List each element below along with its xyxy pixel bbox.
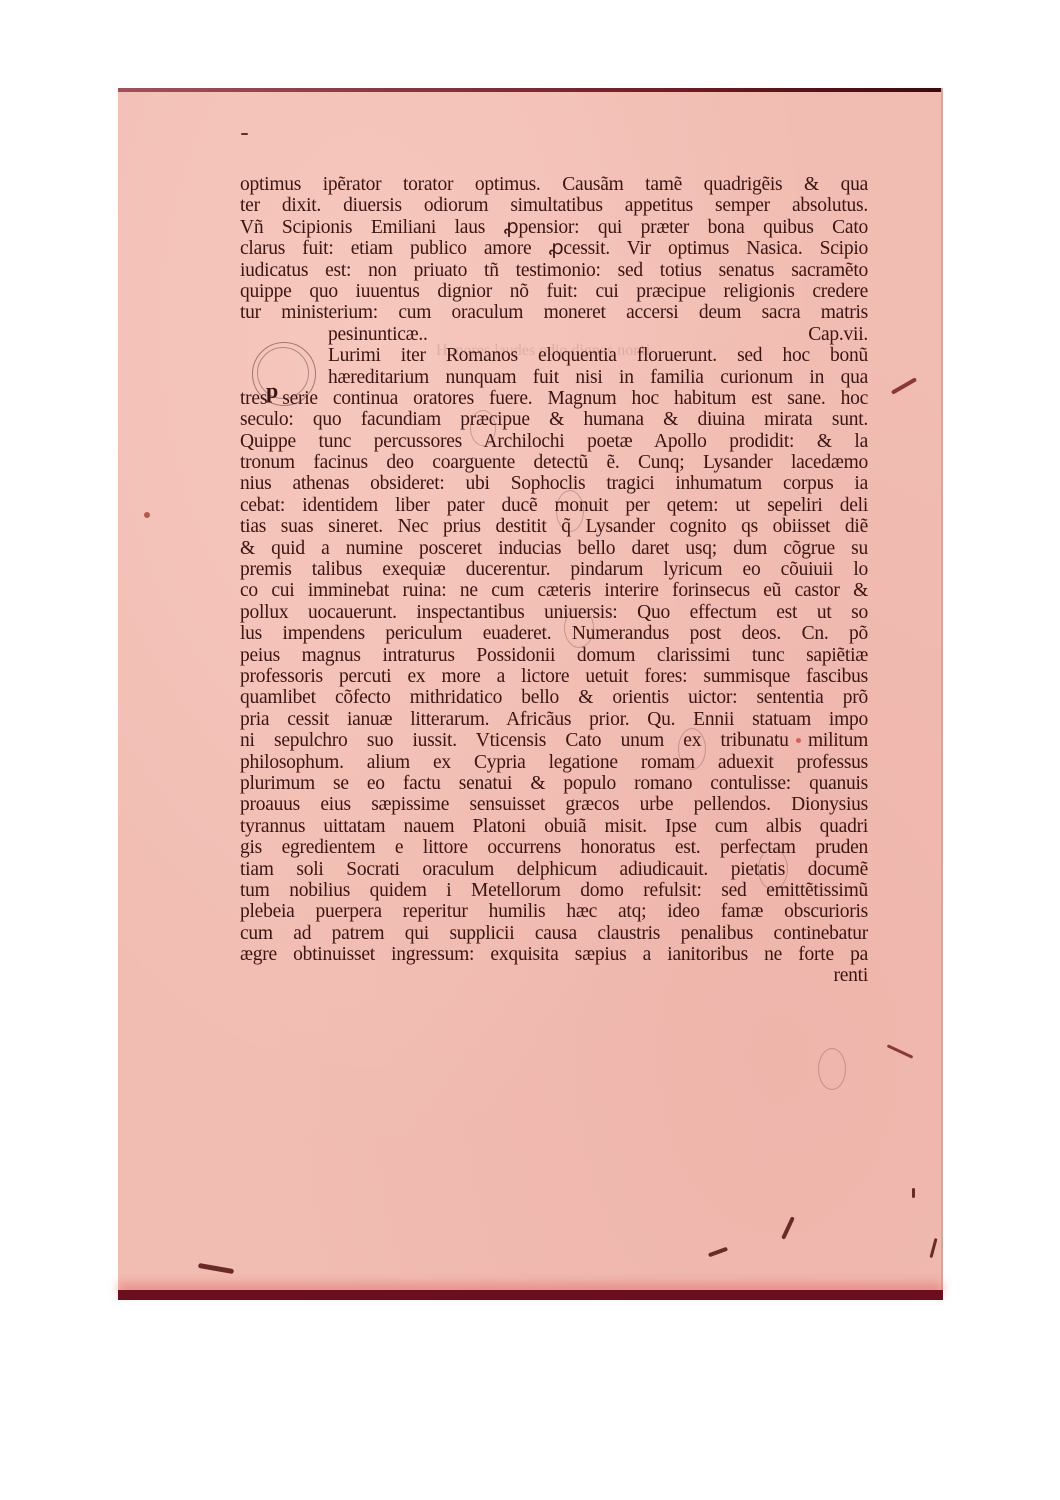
ink-stain (891, 377, 917, 394)
page-right-edge (941, 88, 943, 1300)
text-line: seculo: quo facundiam præcipue & humana … (240, 409, 868, 430)
chapter-heading-line: pesinunticæ.. Cap.vii. (240, 324, 868, 345)
text-line: Vñ Scipionis Emiliani laus ꝓpensior: qui… (240, 217, 868, 238)
text-line: ægre obtinuisset ingressum: exquisita sæ… (240, 944, 868, 965)
ink-stain (887, 1044, 914, 1059)
stamp-trail-icon (818, 1048, 846, 1090)
text-line: ni sepulchro suo iussit. Vticensis Cato … (240, 730, 868, 751)
text-line: pollux uocauerunt. inspectantibus uniuer… (240, 602, 868, 623)
text-line: clarus fuit: etiam publico amore ꝓcessit… (240, 238, 868, 259)
worm-mark (912, 1188, 915, 1198)
text-line: proauus eius sæpissime sensuisset græcos… (240, 794, 868, 815)
text-line: Lurimi iter Romanos eloquentia floruerun… (240, 345, 868, 366)
text-line: peius magnus intraturus Possidonii domum… (240, 645, 868, 666)
text-line: cebat: identidem liber pater ducẽ monuit… (240, 495, 868, 516)
text-line: tias suas sineret. Nec prius destitit q̃… (240, 516, 868, 537)
text-line: tronum facinus deo coarguente detectũ ẽ.… (240, 452, 868, 473)
page-bottom-edge (118, 1290, 943, 1300)
worm-mark (781, 1216, 795, 1239)
text-line: professoris percuti ex more a lictore ue… (240, 666, 868, 687)
catchword: renti (240, 965, 868, 986)
text-line: & quid a numine posceret inducias bello … (240, 538, 868, 559)
text-line: premis talibus exequiæ ducerentur. pinda… (240, 559, 868, 580)
text-line: Quippe tunc percussores Archilochi poetæ… (240, 431, 868, 452)
text-line: iudicatus est: non priuato tñ testimonio… (240, 260, 868, 281)
text-line: plurimum se eo factu senatui & populo ro… (240, 773, 868, 794)
corner-mark (241, 133, 248, 135)
text-line: nius athenas obsideret: ubi Sophoclis tr… (240, 473, 868, 494)
chapter-heading: Cap.vii. (808, 324, 868, 345)
text-line: pria cessit ianuæ litterarum. Africãus p… (240, 709, 868, 730)
text-line: tum nobilius quidem i Metellorum domo re… (240, 880, 868, 901)
ink-stain (144, 512, 150, 518)
text-block: optimus ipẽrator torator optimus. Causãm… (240, 174, 868, 987)
text-line: tres serie continua oratores fuere. Magn… (240, 388, 868, 409)
text-line: quippe quo iuuentus dignior nõ fuit: cui… (240, 281, 868, 302)
text-line: optimus ipẽrator torator optimus. Causãm… (240, 174, 868, 195)
text-line: cum ad patrem qui supplicii causa claust… (240, 923, 868, 944)
text-line: lus impendens periculum euaderet. Numera… (240, 623, 868, 644)
ink-stain (796, 738, 801, 743)
text-line: tur ministerium: cum oraculum moneret ac… (240, 302, 868, 323)
text-line: tiam soli Socrati oraculum delphicum adi… (240, 859, 868, 880)
worm-mark (708, 1247, 728, 1258)
worm-mark (198, 1263, 234, 1274)
page-top-edge (118, 88, 943, 92)
manuscript-page: Honores laudes odio dignas nomi p optimu… (118, 88, 943, 1300)
text-line-fragment: pesinunticæ.. (328, 324, 428, 345)
text-line: co cui imminebat ruina: ne cum cæteris i… (240, 580, 868, 601)
text-line: tyrannus uittatam nauem Platoni obuiã mi… (240, 816, 868, 837)
text-line: ter dixit. diuersis odiorum simultatibus… (240, 195, 868, 216)
text-line: plebeia puerpera reperitur humilis hæc a… (240, 901, 868, 922)
text-line: hæreditarium nunquam fuit nisi in famili… (240, 367, 868, 388)
text-line: gis egredientem e littore occurrens hono… (240, 837, 868, 858)
worm-mark (929, 1238, 937, 1258)
text-line: quamlibet cõfecto mithridatico bello & o… (240, 687, 868, 708)
text-line: philosophum. alium ex Cypria legatione r… (240, 752, 868, 773)
